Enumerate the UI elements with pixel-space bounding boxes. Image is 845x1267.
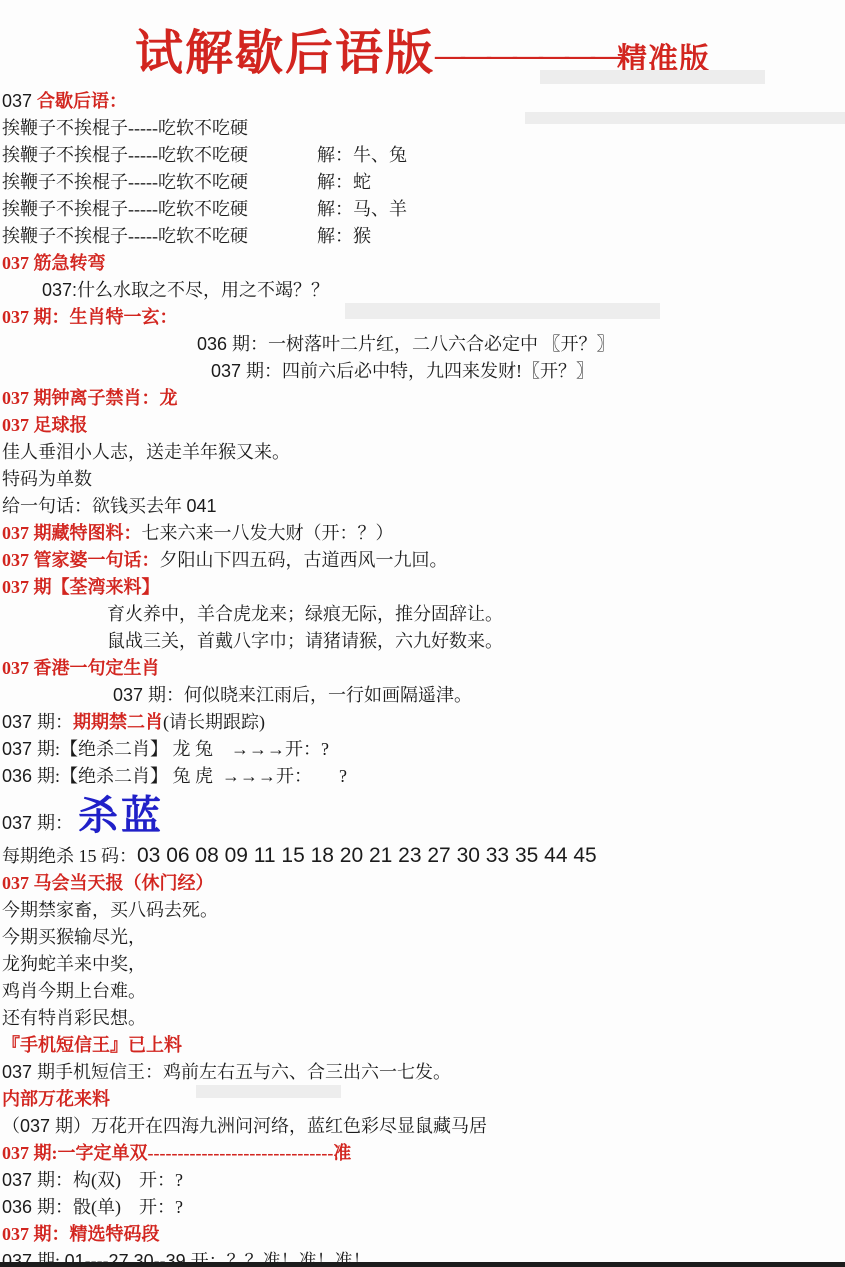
text-segment: 037 香港一句定生肖 — [2, 658, 160, 678]
text-segment: 037 管家婆一句话： — [2, 550, 160, 570]
text-segment: 037 足球报 — [2, 415, 88, 435]
text-segment: (请长期跟踪) — [163, 712, 265, 732]
text-line: 挨鞭子不挨棍子-----吃软不吃硬解：猴 — [0, 223, 845, 250]
text-segment: 挨鞭子不挨棍子-----吃软不吃硬 — [2, 223, 317, 250]
text-segment: 解：牛、兔 — [317, 145, 407, 165]
text-line: 今期买猴输尽光， — [0, 924, 845, 951]
text-segment: 每期绝杀 15 码： — [2, 846, 137, 866]
text-segment: 解：马、羊 — [317, 199, 407, 219]
text-segment: 041 — [187, 496, 217, 516]
text-line: 036 期：骰(单) 开：? — [0, 1194, 845, 1221]
text-segment: 037: — [42, 280, 77, 300]
text-segment: 挨鞭子不挨棍子-----吃软不吃硬 — [2, 118, 248, 138]
text-segment: 期:【绝杀二肖】 龙 兔 →→→开：? — [37, 739, 329, 759]
text-segment: 鸡肖今期上台难。 — [2, 981, 146, 1001]
text-segment: 期： — [37, 712, 73, 732]
text-line: 还有特肖彩民想。 — [0, 1005, 845, 1032]
text-segment: 03 06 08 09 11 15 18 20 21 23 27 30 33 3… — [137, 844, 597, 867]
text-line: 今期禁家畜，买八码去死。 — [0, 897, 845, 924]
text-segment: 育火养中，羊合虎龙来；绿痕无际，推分固辞让。 — [107, 604, 503, 624]
text-line: 037 期藏特图料：七来六来一八发大财（开：？） — [0, 520, 845, 547]
text-line: 037 期:【绝杀二肖】 龙 兔 →→→开：? — [0, 736, 845, 763]
text-line: 037 期钟离子禁肖：龙 — [0, 385, 845, 412]
text-segment: 『手机短信王』已上料 — [2, 1035, 182, 1055]
text-segment: 期手机短信王：鸡前左右五与六、合三出六一七发。 — [37, 1062, 451, 1082]
text-line: 特码为单数 — [0, 466, 845, 493]
text-segment: 037 期钟离子禁肖：龙 — [2, 388, 178, 408]
text-line: 每期绝杀 15 码：03 06 08 09 11 15 18 20 21 23 … — [0, 842, 845, 870]
text-line: 内部万花来料 — [0, 1086, 845, 1113]
text-line: 鼠战三关，首戴八字巾；请猪请猴，六九好数来。 — [105, 628, 845, 655]
bottom-border — [0, 1262, 845, 1267]
text-segment: 期：一树落叶二片红，二八六合必定中 〖开？〗 — [232, 334, 615, 354]
text-line: 037 期手机短信王：鸡前左右五与六、合三出六一七发。 — [0, 1059, 845, 1086]
text-segment: 037 期藏特图料： — [2, 523, 142, 543]
text-segment: 挨鞭子不挨棍子-----吃软不吃硬 — [2, 142, 317, 169]
text-segment: 037 马会当天报（休门经） — [2, 873, 214, 893]
text-segment: 还有特肖彩民想。 — [2, 1008, 146, 1028]
text-segment: 037 筋急转弯 — [2, 253, 106, 273]
text-segment: 什么水取之不尽，用之不竭？？ — [77, 280, 329, 300]
text-segment: 037 — [2, 1062, 37, 1082]
text-segment: 合歇后语： — [37, 91, 127, 111]
document-body: 037 合歇后语：挨鞭子不挨棍子-----吃软不吃硬挨鞭子不挨棍子-----吃软… — [0, 88, 845, 1267]
text-segment: 七来六来一八发大财（开：？） — [142, 523, 394, 543]
text-segment: 今期买猴输尽光， — [2, 927, 146, 947]
text-segment: 期：何似晓来江雨后，一行如画隔遥津。 — [148, 685, 472, 705]
text-segment: 期：骰(单) 开：? — [37, 1197, 183, 1217]
text-line: 036 期:【绝杀二肖】 兔 虎 →→→开： ? — [0, 763, 845, 790]
text-segment: 特码为单数 — [2, 469, 92, 489]
text-segment: 杀蓝 — [78, 793, 164, 838]
text-segment: 期）万花开在四海九洲问河络，蓝红色彩尽显鼠藏马居 — [55, 1116, 487, 1136]
text-line: 037 期：构(双) 开：? — [0, 1167, 845, 1194]
text-segment: 037 期【荃湾来料】 — [2, 577, 160, 597]
scanned-tip-sheet: 试解歇后语版———————精准版 037 合歇后语：挨鞭子不挨棍子-----吃软… — [0, 0, 845, 1267]
title-dash: ——————— — [435, 39, 617, 72]
text-line: 佳人垂泪小人志，送走羊年猴又来。 — [0, 439, 845, 466]
text-segment: 037 — [2, 739, 37, 759]
text-line: 037 期：四前六后必中特，九四来发财!〖开？〗 — [209, 358, 845, 385]
text-segment: 内部万花来料 — [2, 1089, 110, 1109]
text-segment: 037 — [20, 1116, 55, 1136]
text-segment: 期：构(双) 开：? — [37, 1170, 183, 1190]
text-segment: 给一句话：欲钱买去年 — [2, 496, 187, 516]
text-segment: 037 — [113, 685, 148, 705]
text-line: 龙狗蛇羊来中奖， — [0, 951, 845, 978]
text-segment: 036 — [2, 1197, 37, 1217]
text-line: 037 香港一句定生肖 — [0, 655, 845, 682]
text-segment: 037 期:一字定单双-----------------------------… — [2, 1143, 351, 1163]
text-segment: 挨鞭子不挨棍子-----吃软不吃硬 — [2, 196, 317, 223]
text-line: 037 筋急转弯 — [0, 250, 845, 277]
text-segment: 037 — [2, 1170, 37, 1190]
text-segment: 037 — [2, 712, 37, 732]
text-line: 037 合歇后语： — [0, 88, 845, 115]
text-segment: 037 期：生肖特一玄： — [2, 307, 178, 327]
text-segment: （ — [2, 1116, 20, 1136]
text-segment: 期:【绝杀二肖】 兔 虎 →→→开： ? — [37, 766, 347, 786]
text-line: 挨鞭子不挨棍子-----吃软不吃硬解：蛇 — [0, 169, 845, 196]
text-segment: 期：四前六后必中特，九四来发财!〖开？〗 — [246, 361, 594, 381]
text-segment: 解：蛇 — [317, 172, 371, 192]
text-segment: 036 — [2, 766, 37, 786]
text-segment: 挨鞭子不挨棍子-----吃软不吃硬 — [2, 169, 317, 196]
text-line: 037:什么水取之不尽，用之不竭？？ — [40, 277, 845, 304]
text-segment: 037 — [211, 361, 246, 381]
text-line: 037 期【荃湾来料】 — [0, 574, 845, 601]
text-line: 挨鞭子不挨棍子-----吃软不吃硬解：牛、兔 — [0, 142, 845, 169]
text-line: 037 马会当天报（休门经） — [0, 870, 845, 897]
text-line: 036 期：一树落叶二片红，二八六合必定中 〖开？〗 — [195, 331, 845, 358]
text-line: （037 期）万花开在四海九洲问河络，蓝红色彩尽显鼠藏马居 — [0, 1113, 845, 1140]
title-main: 试解歇后语版 — [135, 27, 435, 80]
text-line: 鸡肖今期上台难。 — [0, 978, 845, 1005]
scan-artifact — [540, 70, 765, 84]
text-segment: 037 期： — [2, 813, 78, 833]
text-line: 037 期：何似晓来江雨后，一行如画隔遥津。 — [111, 682, 845, 709]
text-line: 037 期：精选特码段 — [0, 1221, 845, 1248]
text-segment: 龙狗蛇羊来中奖， — [2, 954, 146, 974]
text-line: 挨鞭子不挨棍子-----吃软不吃硬 — [0, 115, 845, 142]
text-line: 037 期:一字定单双-----------------------------… — [0, 1140, 845, 1167]
text-segment: 佳人垂泪小人志，送走羊年猴又来。 — [2, 442, 290, 462]
text-line: 037 管家婆一句话：夕阳山下四五码，古道西风一九回。 — [0, 547, 845, 574]
text-line: 037 期：期期禁二肖(请长期跟踪) — [0, 709, 845, 736]
text-line: 挨鞭子不挨棍子-----吃软不吃硬解：马、羊 — [0, 196, 845, 223]
text-segment: 期期禁二肖 — [73, 712, 163, 732]
text-line: 037 足球报 — [0, 412, 845, 439]
text-segment: 夕阳山下四五码，古道西风一九回。 — [160, 550, 448, 570]
text-line: 『手机短信王』已上料 — [0, 1032, 845, 1059]
text-line: 037 期： 杀蓝 — [0, 790, 845, 842]
text-segment: 036 — [197, 334, 232, 354]
text-segment: 今期禁家畜，买八码去死。 — [2, 900, 218, 920]
text-line: 育火养中，羊合虎龙来；绿痕无际，推分固辞让。 — [105, 601, 845, 628]
text-segment: 037 期：精选特码段 — [2, 1224, 160, 1244]
text-line: 037 期：生肖特一玄： — [0, 304, 845, 331]
text-segment: 037 — [2, 91, 37, 111]
text-line: 给一句话：欲钱买去年 041 — [0, 493, 845, 520]
text-segment: 解：猴 — [317, 226, 371, 246]
text-segment: 鼠战三关，首戴八字巾；请猪请猴，六九好数来。 — [107, 631, 503, 651]
